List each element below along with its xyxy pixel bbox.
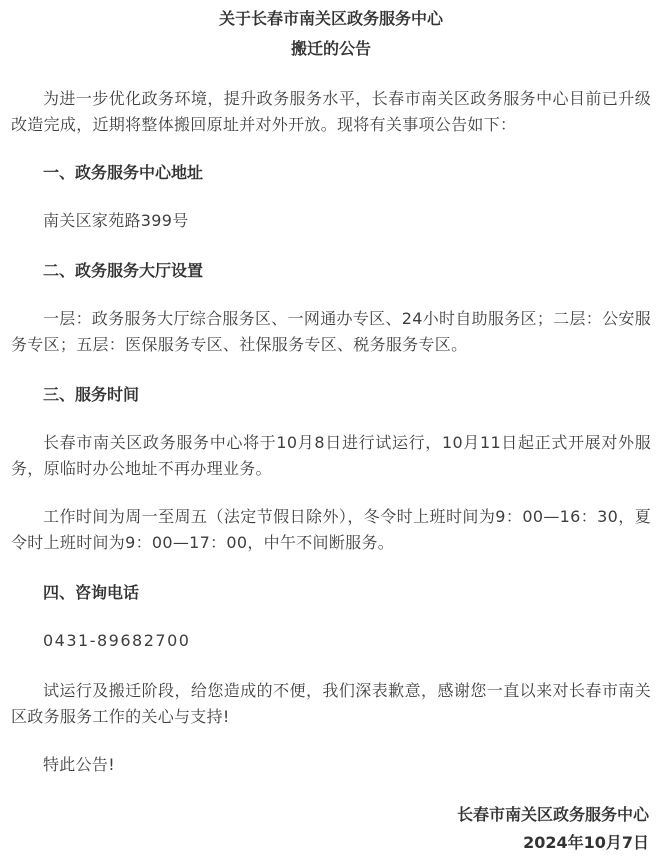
document-title-line1: 关于长春市南关区政务服务中心 <box>11 6 651 32</box>
working-hours-text: 工作时间为周一至周五（法定节假日除外），冬令时上班时间为9：00—16：30，夏… <box>11 504 651 556</box>
address-text: 南关区家苑路399号 <box>11 208 651 234</box>
signature-organization: 长春市南关区政务服务中心 <box>11 802 651 828</box>
section-heading-contact-phone: 四、咨询电话 <box>11 580 651 606</box>
section-heading-service-hours: 三、服务时间 <box>11 382 651 408</box>
document-title-line2: 搬迁的公告 <box>11 36 651 62</box>
trial-operation-text: 长春市南关区政务服务中心将于10月8日进行试运行，10月11日起正式开展对外服务… <box>11 430 651 482</box>
section-heading-address: 一、政务服务中心地址 <box>11 160 651 186</box>
notice-text: 特此公告! <box>11 752 651 778</box>
apology-paragraph: 试运行及搬迁阶段，给您造成的不便，我们深表歉意，感谢您一直以来对长春市南关区政务… <box>11 678 651 730</box>
signature-date: 2024年10月7日 <box>11 830 651 856</box>
intro-paragraph: 为进一步优化政务环境，提升政务服务水平，长春市南关区政务服务中心目前已升级改造完… <box>11 86 651 138</box>
hall-layout-text: 一层：政务服务大厅综合服务区、一网通办专区、24小时自助服务区；二层：公安服务专… <box>11 306 651 358</box>
announcement-document: 关于长春市南关区政务服务中心 搬迁的公告 为进一步优化政务环境，提升政务服务水平… <box>11 0 651 856</box>
section-heading-hall-layout: 二、政务服务大厅设置 <box>11 258 651 284</box>
contact-phone-number: 0431-89682700 <box>11 628 651 654</box>
